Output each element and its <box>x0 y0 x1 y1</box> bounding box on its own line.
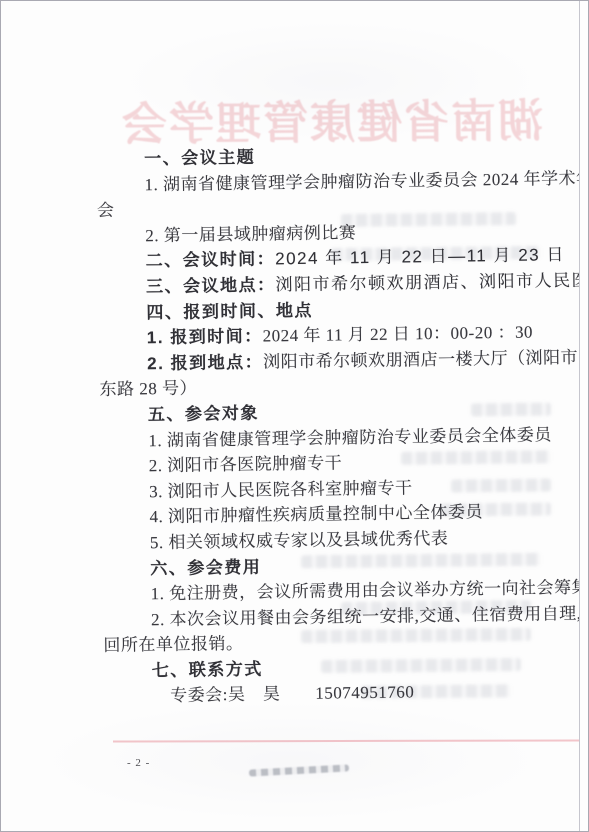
bleedthrough-scribble <box>249 764 349 776</box>
screenshot-frame: 湖南省健康管理学会 一、会议主题 1. 湖南省健康管理学会肿瘤防治专业委员会 2… <box>0 0 589 832</box>
line-text: 浏阳市希尔顿欢朋酒店、浏阳市人民医院 <box>275 270 580 294</box>
line-label: 三、会议地点： <box>146 275 276 296</box>
contact-line: 专委会:吴 昊 15074951760 <box>104 678 564 710</box>
page-number: - 2 - <box>127 757 150 769</box>
line-text: 2024 年 11 月 22 日—11 月 23 日 <box>275 245 565 268</box>
line-text: 浏阳市希尔顿欢朋酒店一楼大厅（浏阳市白沙 <box>263 347 580 371</box>
scanned-document-page: 湖南省健康管理学会 一、会议主题 1. 湖南省健康管理学会肿瘤防治专业委员会 2… <box>1 1 580 831</box>
line-label: 1. 报到时间： <box>147 327 263 348</box>
line-label: 二、会议时间： <box>146 250 276 271</box>
line-text: 2024 年 11 月 22 日 10：00-20 ：30 <box>263 323 534 346</box>
footer-red-rule <box>113 740 579 743</box>
document-body: 一、会议主题 1. 湖南省健康管理学会肿瘤防治专业委员会 2024 年学术年 会… <box>96 140 564 710</box>
scan-texture <box>41 701 541 821</box>
line-label: 2. 报到地点： <box>147 352 263 373</box>
